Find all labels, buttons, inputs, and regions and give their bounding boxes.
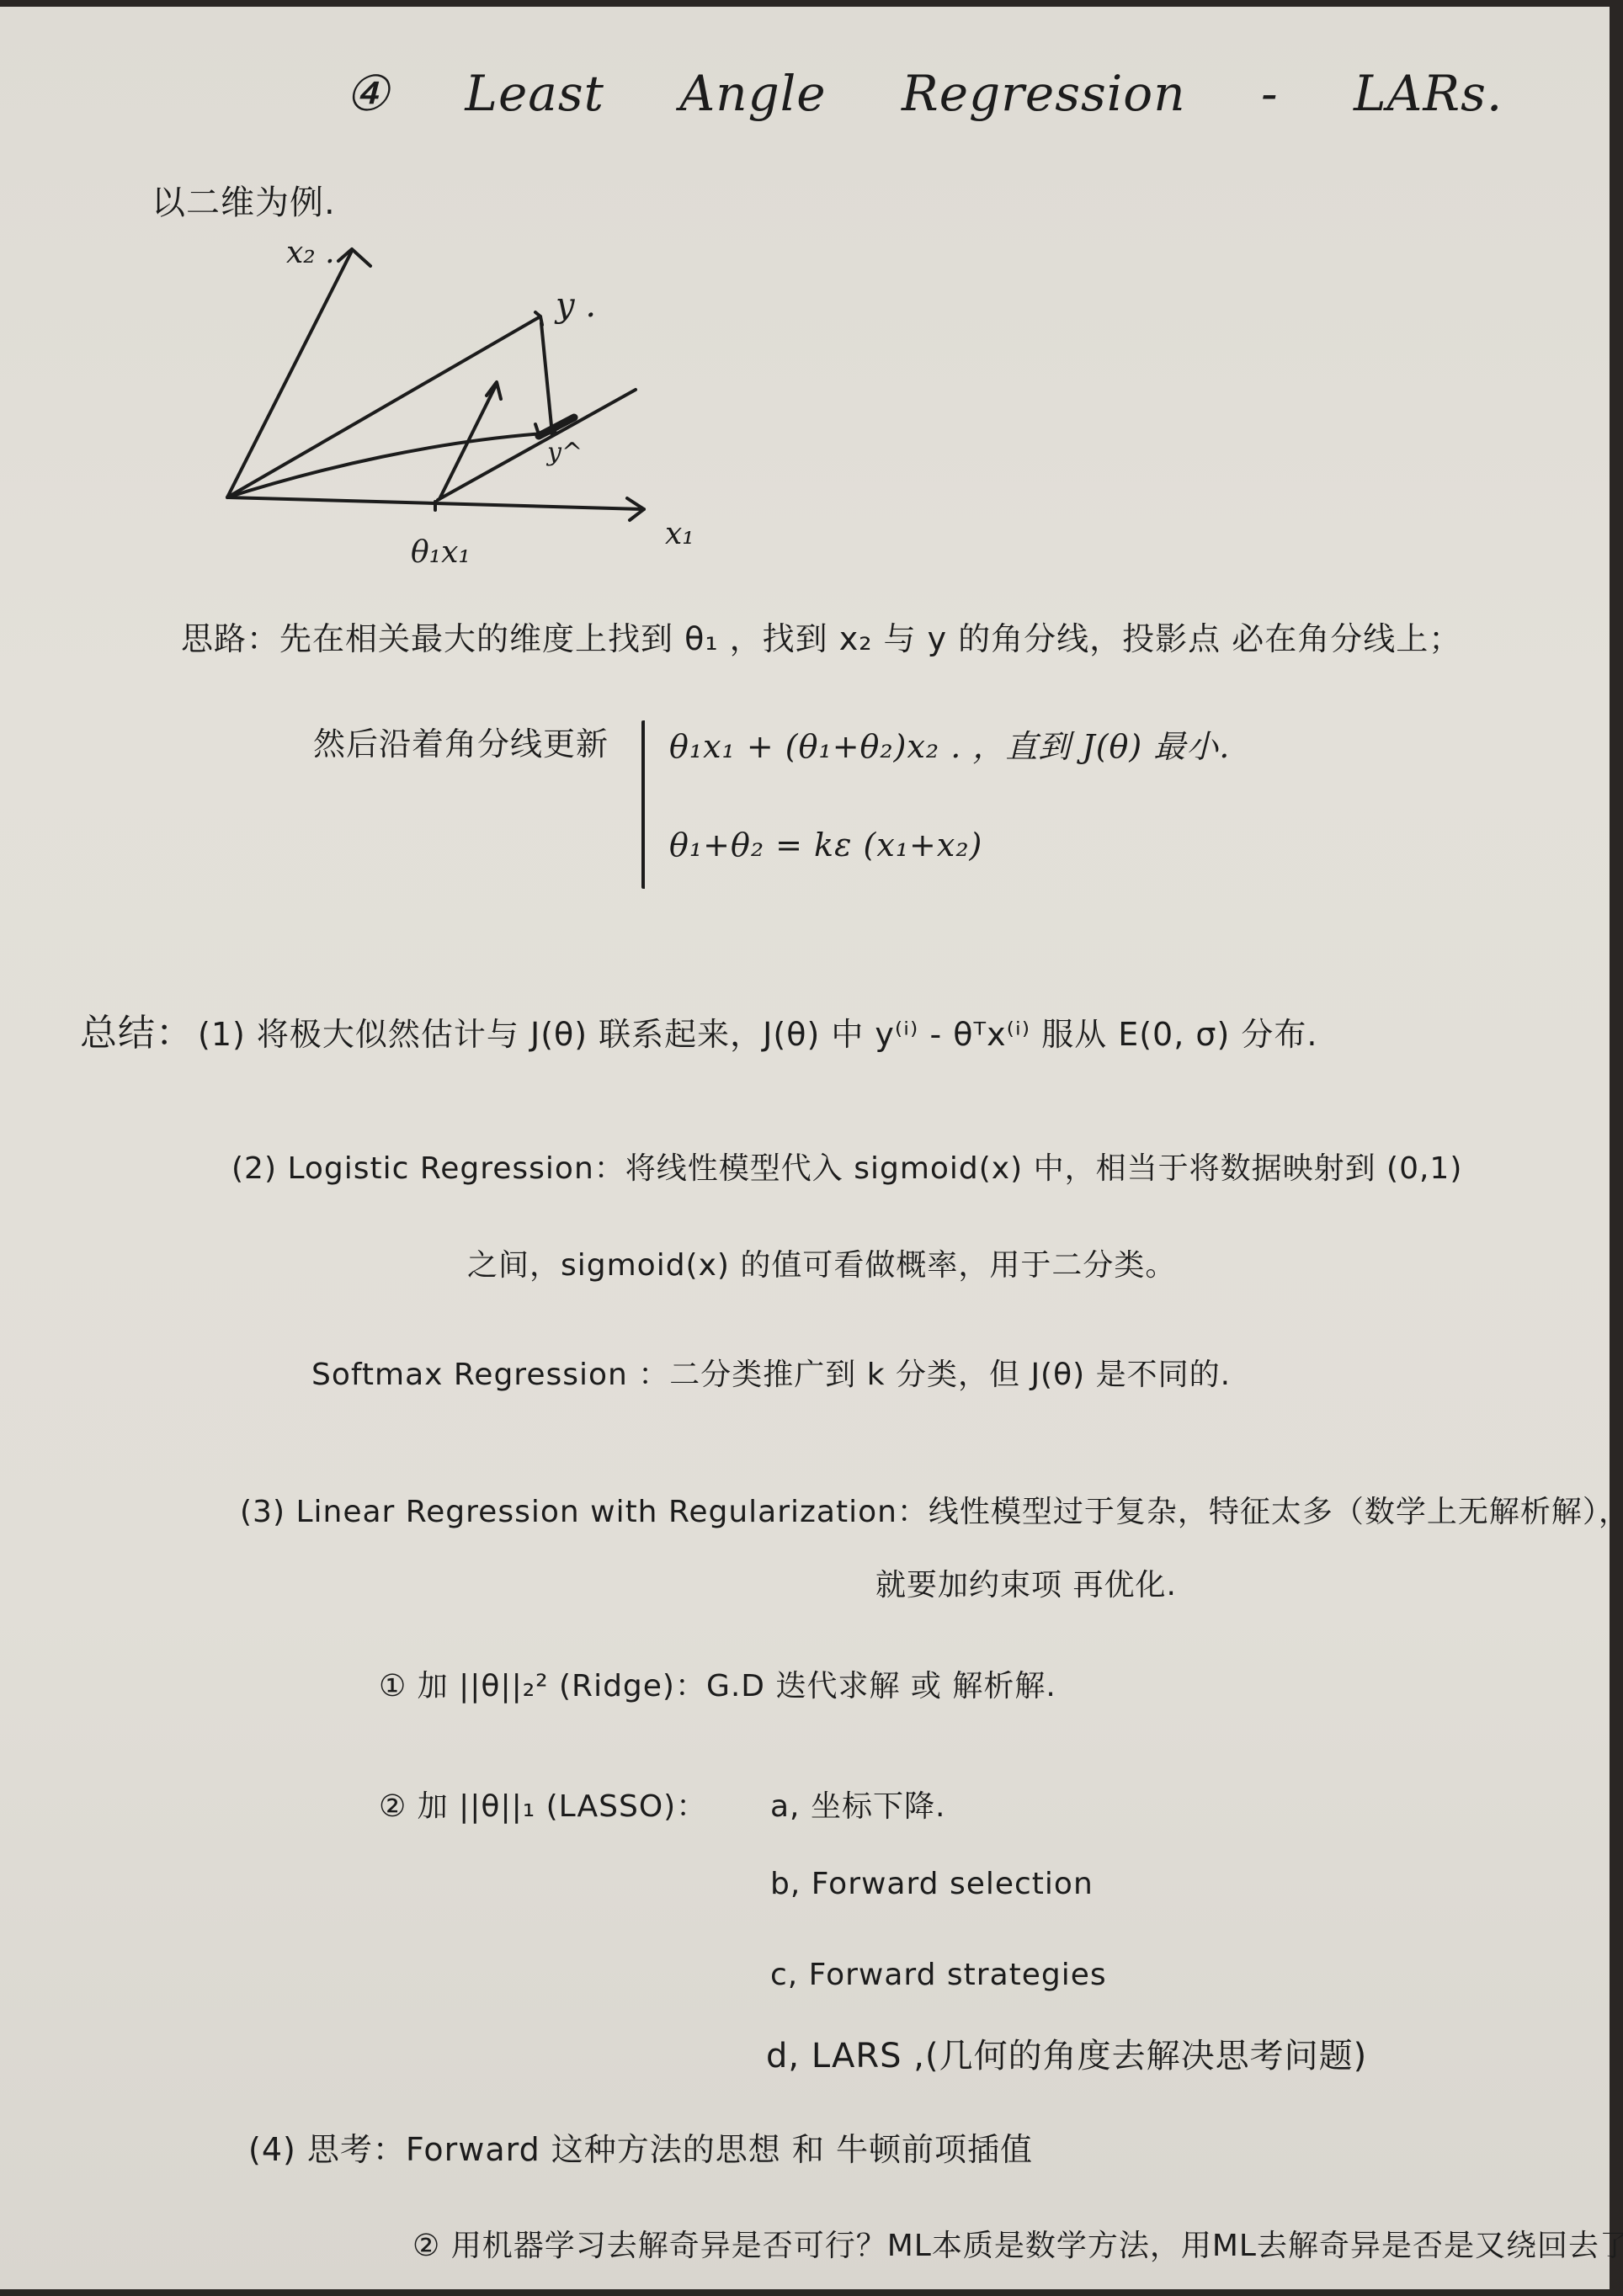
- x2-axis-label: x₂ .: [286, 236, 335, 270]
- summary-item-4-line-1: (4) 思考：Forward 这种方法的思想 和 牛顿前项插值: [248, 2132, 1033, 2169]
- theta-x1-label: θ₁x₁: [411, 535, 471, 570]
- notebook-page: ④ Least Angle Regression - LARs. 以二维为例. …: [0, 7, 1610, 2289]
- update-equation: θ₁x₁ + (θ₁+θ₂)x₂ . ，直到 J(θ) 最小.: [669, 729, 1230, 766]
- idea-line-2: 然后沿着角分线更新: [313, 726, 609, 763]
- summary-item-4-line-2: ② 用机器学习去解奇异是否可行？ML本质是数学方法，用ML去解奇异是否是又绕回去…: [412, 2229, 1623, 2263]
- ridge-line: ① 加 ||θ||₂² (Ridge)：G.D 迭代求解 或 解析解.: [379, 1669, 1056, 1703]
- summary-heading: 总结：: [80, 1012, 194, 1055]
- y-label: y .: [556, 286, 596, 325]
- yhat-vector: [227, 433, 556, 497]
- yhat-label: y^: [547, 438, 583, 467]
- summary-item-1: (1) 将极大似然估计与 J(θ) 联系起来，J(θ) 中 y⁽ⁱ⁾ - θᵀx…: [198, 1017, 1317, 1054]
- softmax-line: Softmax Regression ：二分类推广到 k 分类，但 J(θ) 是…: [311, 1358, 1231, 1392]
- x1-axis-label: x₁: [665, 517, 694, 551]
- summary-item-2-line-2: 之间，sigmoid(x) 的值可看做概率，用于二分类。: [467, 1248, 1176, 1283]
- lars-geometry-diagram: [0, 7, 1623, 596]
- idea-line-1: 思路：先在相关最大的维度上找到 θ₁ ，找到 x₂ 与 y 的角分线，投影点 必…: [181, 621, 1461, 658]
- lasso-option-a: a, 坐标下降.: [770, 1789, 945, 1824]
- summary-item-2-line-1: (2) Logistic Regression：将线性模型代入 sigmoid(…: [231, 1151, 1462, 1186]
- x2-arrowhead: [338, 249, 370, 266]
- summary-item-3-line-1: (3) Linear Regression with Regularizatio…: [240, 1495, 1623, 1529]
- lasso-line: ② 加 ||θ||₁ (LASSO)：: [379, 1789, 707, 1824]
- constraint-equation: θ₁+θ₂ = kε (x₁+x₂): [669, 827, 982, 864]
- equation-brace: [641, 720, 650, 889]
- lasso-option-b: b, Forward selection: [770, 1867, 1094, 1901]
- lasso-option-d: d, LARS ,(几何的角度去解决思考问题): [766, 2037, 1367, 2075]
- projection-line: [541, 323, 552, 434]
- lasso-option-c: c, Forward strategies: [770, 1958, 1107, 1992]
- summary-item-3-line-2: 就要加约束项 再优化.: [875, 1568, 1177, 1602]
